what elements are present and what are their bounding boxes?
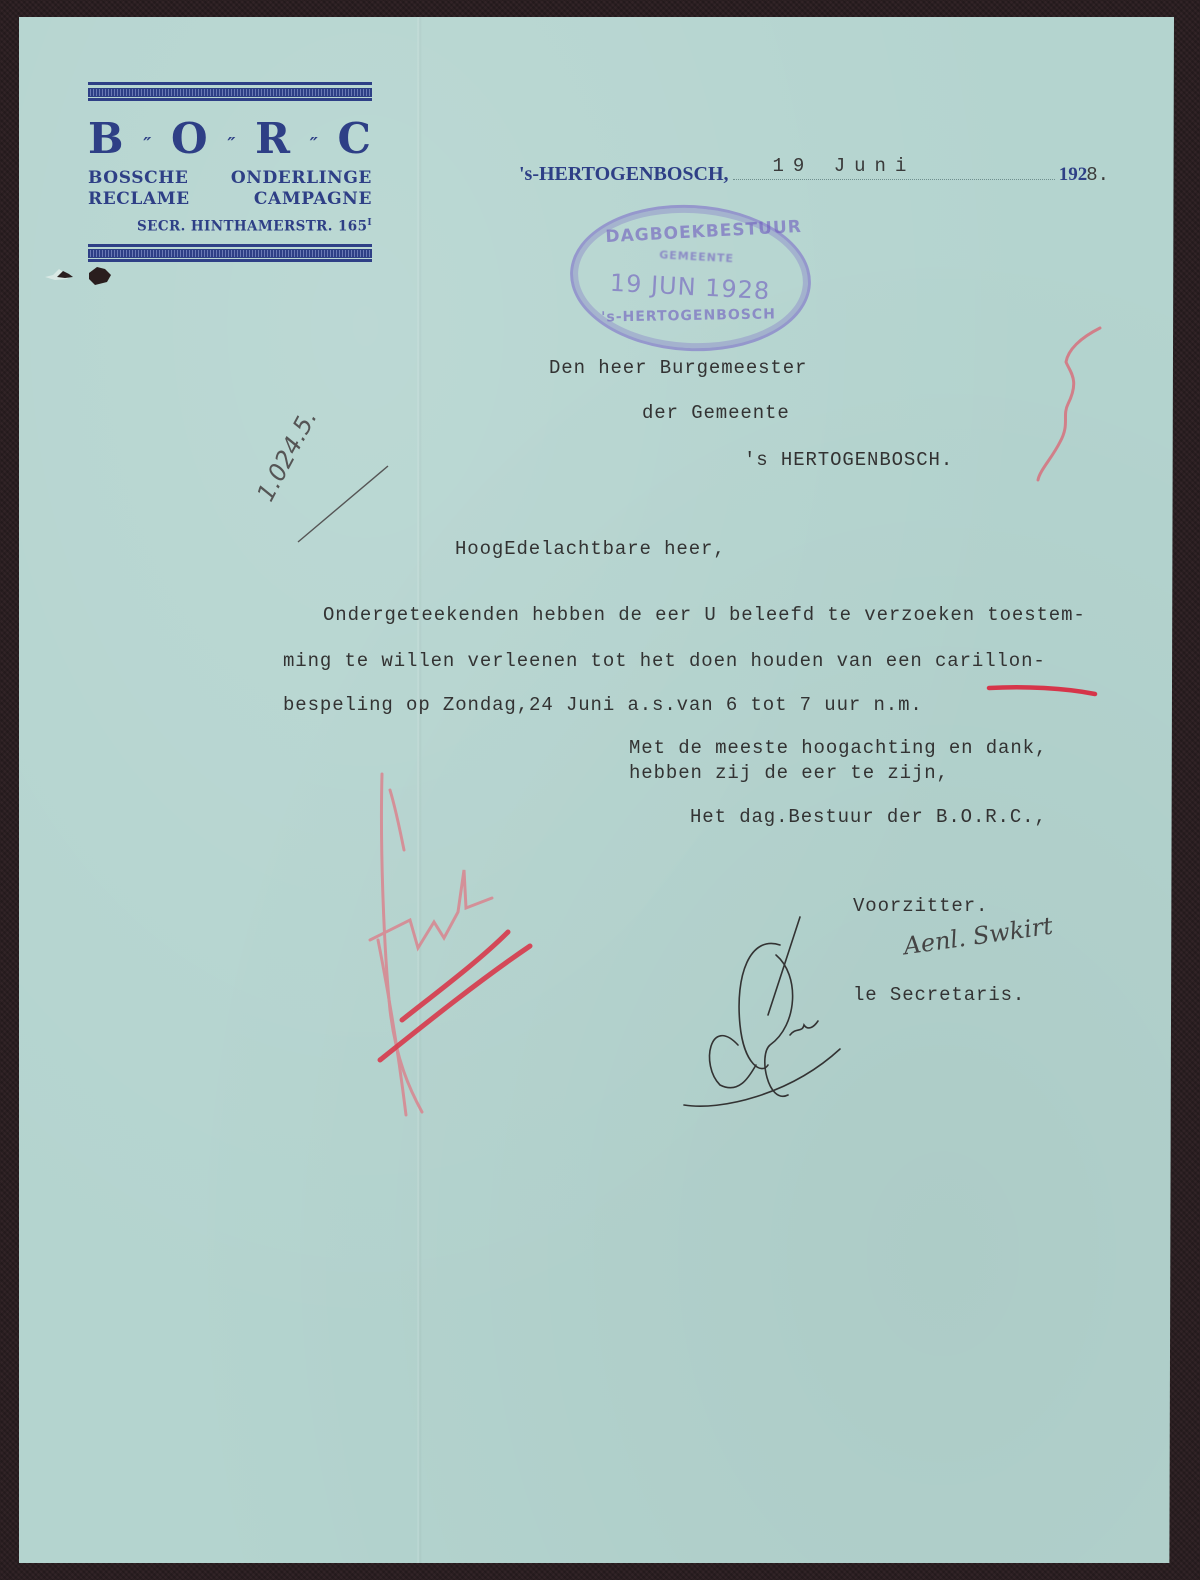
dateline-year-typed: 8. <box>1086 164 1109 186</box>
dateline-year-printed: 192 <box>1059 164 1088 186</box>
logo-letter-r: R <box>255 117 291 161</box>
stamp-city: 's-HERTOGENBOSCH <box>601 306 776 325</box>
body-line-2: ming te willen verleenen tot het doen ho… <box>283 650 1046 672</box>
letterhead-bottom-rule <box>88 244 372 262</box>
body-line-1: Ondergeteekenden hebben de eer U beleefd… <box>323 604 1086 626</box>
closing-line-2: hebben zij de eer te zijn, <box>629 762 949 784</box>
stamp-date: 19 JUN 1928 <box>602 268 778 305</box>
salutation: HoogEdelachtbare heer, <box>455 538 726 560</box>
red-underline-carillon <box>985 682 1100 702</box>
secretary-title: le Secretaris. <box>853 984 1025 1006</box>
chair-title: Voorzitter. <box>853 895 988 917</box>
letterhead: B ″ O ″ R ″ C BOSSCHE ONDERLINGE RECLAME… <box>88 82 372 262</box>
org-address: SECR. HINTHAMERSTR. 165I <box>88 218 372 235</box>
closing-line-1: Met de meeste hoogachting en dank, <box>629 737 1047 759</box>
reference-number-annotation: 1.024.5. <box>270 440 390 550</box>
stamp-office: DAGBOEKBESTUUR <box>605 217 791 247</box>
letterhead-top-rule <box>88 82 372 100</box>
pencil-underline <box>270 440 390 550</box>
closing-line-3: Het dag.Bestuur der B.O.R.C., <box>690 806 1047 828</box>
logo-separator: ″ <box>310 123 319 167</box>
logo-separator: ″ <box>227 123 236 167</box>
logo-letter-b: B <box>88 117 125 161</box>
org-name-line-2: RECLAME CAMPAGNE <box>88 189 372 210</box>
dateline-city: 's-HERTOGENBOSCH, <box>519 163 729 186</box>
approval-text: Fiat <box>430 938 433 941</box>
date-fill-line: 19 Juni <box>733 165 1055 180</box>
red-pencil-mark-5 <box>1010 320 1110 485</box>
recipient-line-2: der Gemeente <box>642 402 790 424</box>
secretary-signature <box>680 915 860 1115</box>
dateline: 's-HERTOGENBOSCH, 19 Juni 1928. <box>519 163 1109 193</box>
recipient-line-3: 's HERTOGENBOSCH. <box>744 449 953 471</box>
dateline-date: 19 Juni <box>773 155 916 177</box>
body-line-3: bespeling op Zondag,24 Juni a.s.van 6 to… <box>283 694 923 716</box>
logo-separator: ″ <box>143 123 152 167</box>
borc-logo: B ″ O ″ R ″ C <box>88 116 372 162</box>
red-approval-mark: Fiat <box>360 770 540 1120</box>
org-name-line-1: BOSSCHE ONDERLINGE <box>88 168 372 189</box>
address-suffix: I <box>367 218 372 228</box>
stamp-department: GEMEENTE <box>644 248 750 266</box>
address-text: SECR. HINTHAMERSTR. 165 <box>137 219 367 235</box>
recipient-line-1: Den heer Burgemeester <box>549 357 807 379</box>
logo-letter-c: C <box>338 117 372 161</box>
paper-tear-damage <box>45 265 115 287</box>
logo-letter-o: O <box>171 117 209 161</box>
